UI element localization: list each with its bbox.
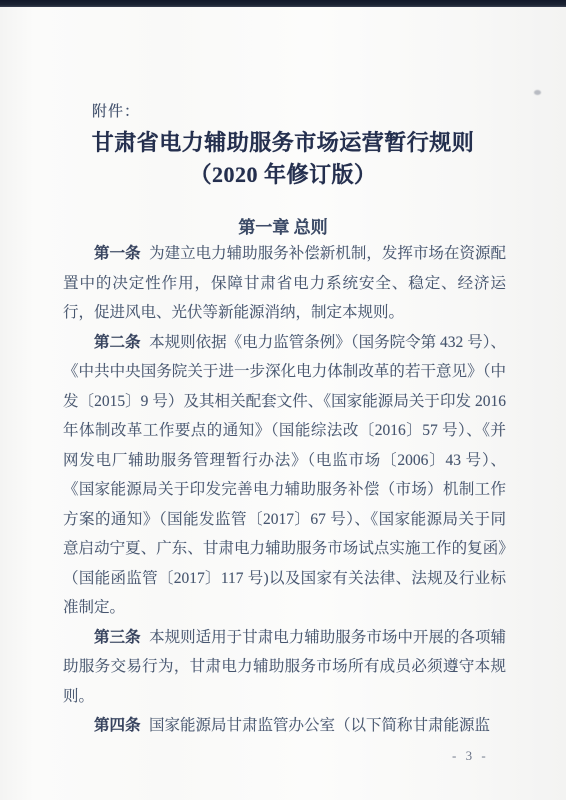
chapter-heading: 第一章 总则 — [0, 213, 566, 238]
article-number: 第四条 — [94, 717, 141, 734]
paragraph: 第四条国家能源局甘肃监管办公室（以下简称甘肃能源监 — [63, 711, 506, 741]
scan-speck — [534, 90, 541, 95]
article-number: 第二条 — [94, 334, 141, 351]
paragraph: 第二条本规则依据《电力监管条例》（国务院令第 432 号）、《中共中央国务院关于… — [63, 328, 506, 623]
page-number: - 3 - — [452, 748, 489, 764]
paragraph: 第一条为建立电力辅助服务补偿新机制，发挥市场在资源配置中的决定性作用，保障甘肃省… — [63, 239, 506, 328]
paragraph: 第三条本规则适用于甘肃电力辅助服务市场中开展的各项辅助服务交易行为，甘肃电力辅助… — [63, 623, 506, 712]
document-title-line2: （2020 年修订版） — [0, 158, 566, 191]
document-body: 第一条为建立电力辅助服务补偿新机制，发挥市场在资源配置中的决定性作用，保障甘肃省… — [63, 239, 506, 741]
paragraph-text: 国家能源局甘肃监管办公室（以下简称甘肃能源监 — [149, 717, 490, 734]
article-number: 第一条 — [94, 245, 141, 262]
scan-edge-bar — [0, 0, 566, 7]
document-title: 甘肃省电力辅助服务市场运营暂行规则 （2020 年修订版） — [0, 128, 566, 191]
paragraph-text: 本规则依据《电力监管条例》（国务院令第 432 号）、《中共中央国务院关于进一步… — [63, 334, 506, 617]
document-title-line1: 甘肃省电力辅助服务市场运营暂行规则 — [0, 128, 566, 158]
attachment-label: 附件： — [92, 100, 140, 121]
scanned-document-page: 附件： 甘肃省电力辅助服务市场运营暂行规则 （2020 年修订版） 第一章 总则… — [0, 0, 566, 800]
article-number: 第三条 — [94, 629, 141, 646]
